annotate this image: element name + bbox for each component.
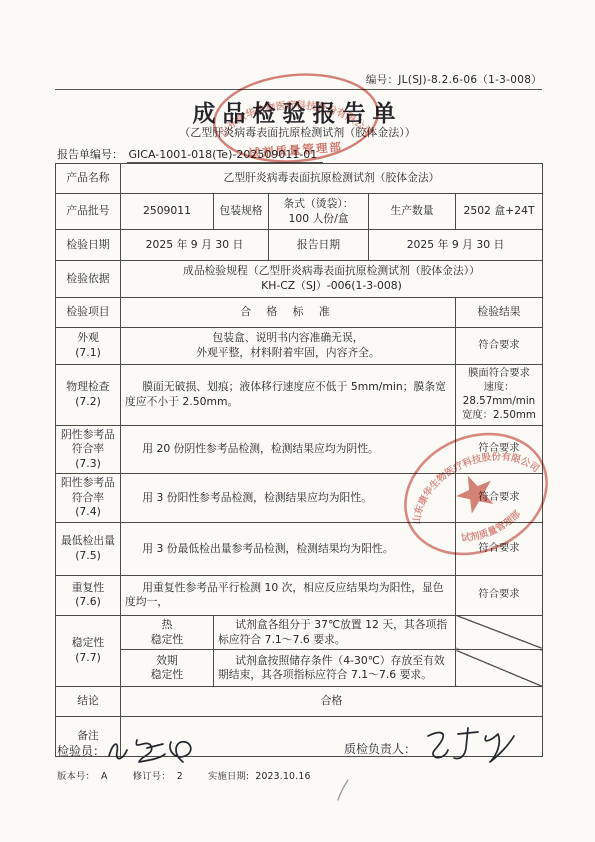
repeatability-result: 符合要求 — [456, 575, 543, 615]
test-date-value: 2025 年 9 月 30 日 — [121, 230, 269, 261]
col-item-header: 检验项目 — [56, 298, 121, 328]
impl-date-label: 实施日期: — [208, 771, 249, 782]
positive-label: 阳性参考品 符合率 (7.4) — [56, 474, 121, 523]
repeatability-label: 重复性 (7.6) — [56, 575, 121, 615]
negative-result: 符合要求 — [456, 425, 543, 474]
report-date-value: 2025 年 9 月 30 日 — [369, 230, 543, 261]
thermal-stability-result — [456, 615, 543, 649]
row-negative: 阴性参考品 符合率 (7.3) 用 20 份阴性参考品检测，检测结果应均为阴性。… — [56, 425, 543, 474]
report-page: 编号：JL(SJ)-8.2.6-06（1-3-008） 成品检验报告单 （乙型肝… — [0, 0, 595, 842]
product-name-label: 产品名称 — [56, 164, 121, 194]
version-label: 版本号： — [57, 771, 95, 782]
appearance-label: 外观 (7.1) — [56, 328, 121, 365]
report-date-label: 报告日期 — [269, 230, 369, 261]
quantity-value: 2502 盒+24T — [456, 194, 543, 230]
row-conclusion: 结论 合格 — [56, 687, 543, 717]
row-stability-expiry: 效期 稳定性 试剂盒按照储存条件（4-30℃）存放至有效期结束，其各项指标应符合… — [56, 650, 543, 687]
report-number-value: GICA-1001-018(Te)-202509011-01 — [127, 148, 324, 163]
col-standard-header: 合 格 标 准 — [121, 298, 456, 328]
row-positive: 阳性参考品 符合率 (7.4) 用 3 份阳性参考品检测，检测结果应均为阳性。 … — [56, 474, 543, 523]
thermal-stability-standard: 试剂盒各组分于 37℃放置 12 天，其各项指标应符合 7.1～7.6 要求。 — [214, 615, 456, 649]
row-stability-thermal: 稳定性 (7.7) 热 稳定性 试剂盒各组分于 37℃放置 12 天，其各项指标… — [56, 615, 543, 649]
physical-label: 物理检查 (7.2) — [56, 365, 121, 426]
inspector-label: 检验员： — [57, 742, 105, 759]
basis-label: 检验依据 — [56, 261, 121, 298]
conclusion-label: 结论 — [56, 687, 121, 717]
expiry-stability-standard: 试剂盒按照储存条件（4-30℃）存放至有效期结束，其各项指标应符合 7.1～7.… — [214, 650, 456, 687]
revision-value: 2 — [177, 771, 183, 782]
row-table-header: 检验项目 合 格 标 准 检验结果 — [56, 298, 543, 328]
negative-standard: 用 20 份阴性参考品检测，检测结果应均为阴性。 — [121, 425, 456, 474]
pack-spec-label: 包装规格 — [214, 194, 269, 230]
batch-value: 2509011 — [121, 194, 214, 230]
qc-manager-signature — [420, 722, 530, 770]
physical-result: 膜面符合要求 速度： 28.57mm/min 宽度：2.50mm — [456, 365, 543, 426]
stability-label: 稳定性 (7.7) — [56, 615, 121, 686]
lod-standard: 用 3 份最低检出量参考品检测，检测结果均为阳性。 — [121, 522, 456, 575]
header-rule — [55, 89, 542, 90]
row-product-name: 产品名称 乙型肝炎病毒表面抗原检测试剂（胶体金法） — [56, 164, 543, 194]
lod-result: 符合要求 — [456, 522, 543, 575]
document-number-label: 编号： — [366, 74, 398, 86]
test-date-label: 检验日期 — [56, 230, 121, 261]
document-number: 编号：JL(SJ)-8.2.6-06（1-3-008） — [366, 72, 542, 87]
quantity-label: 生产数量 — [369, 194, 456, 230]
inspector-signature — [103, 730, 223, 772]
row-batch: 产品批号 2509011 包装规格 条式（烫袋）： 100 人份/盒 生产数量 … — [56, 194, 543, 230]
negative-label: 阴性参考品 符合率 (7.3) — [56, 425, 121, 474]
appearance-standard: 包装盒、说明书内容准确无误， 外观平整，材料附着牢固，内容齐全。 — [121, 328, 456, 365]
lod-label: 最低检出量 (7.5) — [56, 522, 121, 575]
physical-standard: 膜面无破损、划痕；液体移行速度应不低于 5mm/min；膜条宽度应不小于 2.5… — [121, 365, 456, 426]
positive-standard: 用 3 份阳性参考品检测，检测结果应均为阳性。 — [121, 474, 456, 523]
impl-date-value: 2023.10.16 — [255, 771, 310, 782]
expiry-stability-result — [456, 650, 543, 687]
report-number-label: 报告单编号： — [57, 148, 123, 161]
batch-label: 产品批号 — [56, 194, 121, 230]
appearance-result: 符合要求 — [456, 328, 543, 365]
pack-spec-value: 条式（烫袋）： 100 人份/盒 — [269, 194, 369, 230]
row-lod: 最低检出量 (7.5) 用 3 份最低检出量参考品检测，检测结果均为阳性。 符合… — [56, 522, 543, 575]
revision-label: 修订号： — [133, 771, 171, 782]
expiry-stability-label: 效期 稳定性 — [121, 650, 214, 687]
stray-pen-mark — [334, 778, 354, 802]
product-name-value: 乙型肝炎病毒表面抗原检测试剂（胶体金法） — [121, 164, 543, 194]
report-number: 报告单编号： GICA-1001-018(Te)-202509011-01 — [57, 146, 323, 162]
repeatability-standard: 用重复性参考品平行检测 10 次，相应反应结果均为阳性，显色度均一， — [121, 575, 456, 615]
basis-value: 成品检验规程（乙型肝炎病毒表面抗原检测试剂（胶体金法）） KH-CZ（SJ）-0… — [121, 261, 543, 298]
row-appearance: 外观 (7.1) 包装盒、说明书内容准确无误， 外观平整，材料附着牢固，内容齐全… — [56, 328, 543, 365]
positive-result: 符合要求 — [456, 474, 543, 523]
inspection-table: 产品名称 乙型肝炎病毒表面抗原检测试剂（胶体金法） 产品批号 2509011 包… — [55, 163, 543, 757]
document-number-value: JL(SJ)-8.2.6-06（1-3-008） — [398, 74, 542, 86]
qc-manager-label: 质检负责人： — [344, 740, 416, 757]
page-subtitle: （乙型肝炎病毒表面抗原检测试剂（胶体金法）） — [0, 124, 595, 140]
row-repeatability: 重复性 (7.6) 用重复性参考品平行检测 10 次，相应反应结果均为阳性，显色… — [56, 575, 543, 615]
version-value: A — [101, 771, 108, 782]
row-physical: 物理检查 (7.2) 膜面无破损、划痕；液体移行速度应不低于 5mm/min；膜… — [56, 365, 543, 426]
row-basis: 检验依据 成品检验规程（乙型肝炎病毒表面抗原检测试剂（胶体金法）） KH-CZ（… — [56, 261, 543, 298]
thermal-stability-label: 热 稳定性 — [121, 615, 214, 649]
footer-revision-line: 版本号：A 修订号：2 实施日期:2023.10.16 — [57, 768, 317, 782]
conclusion-value: 合格 — [121, 687, 543, 717]
row-dates: 检验日期 2025 年 9 月 30 日 报告日期 2025 年 9 月 30 … — [56, 230, 543, 261]
col-result-header: 检验结果 — [456, 298, 543, 328]
